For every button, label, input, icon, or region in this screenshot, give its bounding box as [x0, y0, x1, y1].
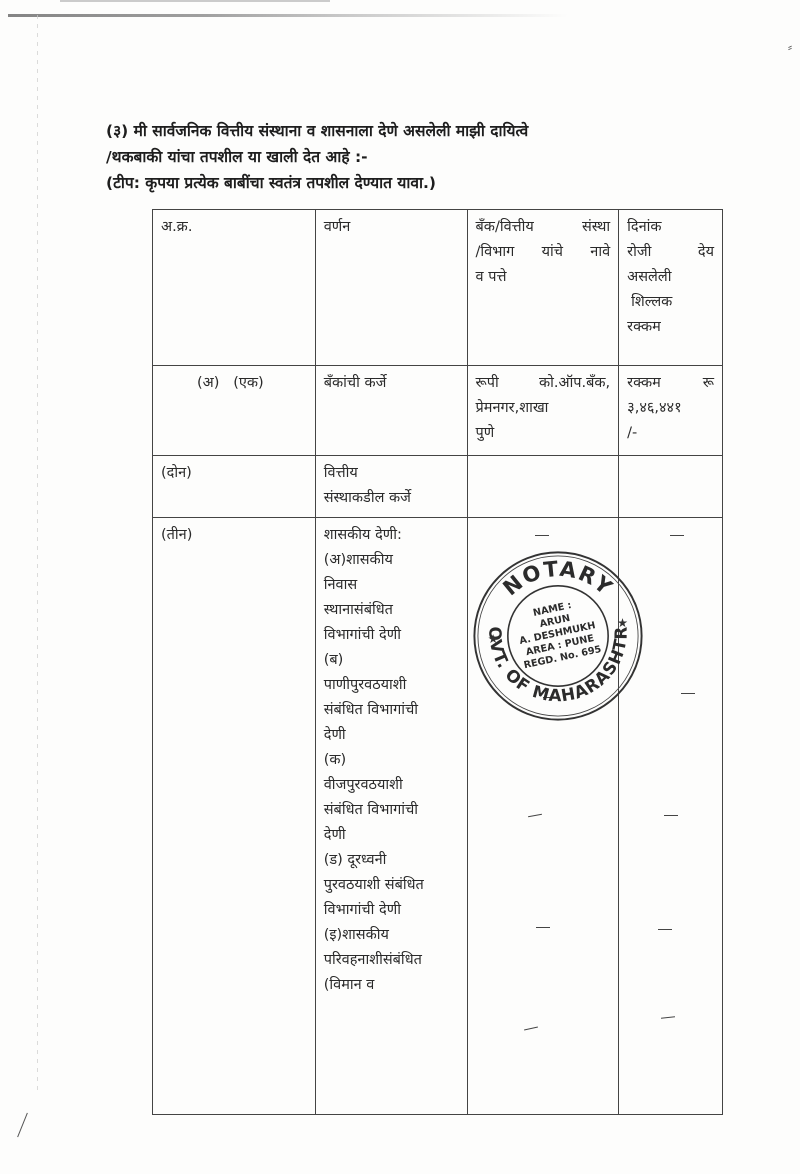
- table-row: (दोन) वित्तीय संस्थाकडील कर्जे: [153, 456, 723, 518]
- row-institution: रूपी को.ऑप.बँक, प्रेमनगर,शाखा पुणे: [467, 366, 619, 456]
- nil-mark: [681, 693, 695, 694]
- header-balance-line: रक्कम: [627, 315, 714, 340]
- row-institution: [467, 456, 619, 518]
- row-serial: (दोन): [153, 456, 316, 518]
- header-institution-line: बँक/वित्तीय संस्था: [476, 215, 611, 240]
- header-balance-line: दिनांक: [627, 215, 714, 240]
- nil-mark: [658, 929, 672, 930]
- description-line: परिवहनाशीसंबंधित: [324, 948, 459, 973]
- header-balance: दिनांक रोजी देय असलेली शिल्लक रक्कम: [619, 210, 723, 366]
- description-line: (इ)शासकीय: [324, 923, 459, 948]
- nil-mark: [535, 535, 549, 536]
- header-institution-line: व पत्ते: [476, 265, 611, 290]
- row-serial: (अ) (एक): [153, 366, 316, 456]
- nil-mark: [536, 927, 550, 928]
- description-line: पाणीपुरवठयाशी: [324, 673, 459, 698]
- scan-artifact-edge: [8, 14, 568, 17]
- header-institution: बँक/वित्तीय संस्था /विभाग यांचे नावे व प…: [467, 210, 619, 366]
- row-balance: [619, 456, 723, 518]
- description-line: संबंधित विभागांची: [324, 798, 459, 823]
- description-line: (विमान व: [324, 973, 459, 998]
- table-row: (तीन) शासकीय देणी:(अ)शासकीयनिवासस्थानासं…: [153, 518, 723, 1115]
- description-line: शासकीय देणी:: [324, 523, 459, 548]
- row-description: वित्तीय संस्थाकडील कर्जे: [315, 456, 467, 518]
- description-line: स्थानासंबंधित: [324, 598, 459, 623]
- scan-artifact-margin: [37, 15, 38, 1095]
- heading-note: (टीप: कृपया प्रत्येक बाबींचा स्वतंत्र तप…: [106, 170, 726, 196]
- row-institution: [467, 518, 619, 1115]
- scan-artifact-top: [60, 0, 330, 2]
- row-balance: रक्कम रू ३,४६,४४१ /-: [619, 366, 723, 456]
- header-serial: अ.क्र.: [153, 210, 316, 366]
- header-balance-line: असलेली: [627, 265, 714, 290]
- description-line: संबंधित विभागांची: [324, 698, 459, 723]
- description-line: (ड) दूरध्वनी: [324, 848, 459, 873]
- heading-line-2: /थकबाकी यांचा तपशील या खाली देत आहे :-: [106, 144, 726, 170]
- description-line: (अ)शासकीय: [324, 548, 459, 573]
- description-line: विभागांची देणी: [324, 623, 459, 648]
- description-line: (क): [324, 748, 459, 773]
- description-line: विभागांची देणी: [324, 898, 459, 923]
- nil-mark: [670, 535, 684, 536]
- table-row: (अ) (एक) बँकांची कर्जे रूपी को.ऑप.बँक, प…: [153, 366, 723, 456]
- description-line: देणी: [324, 723, 459, 748]
- nil-mark: [543, 697, 557, 698]
- description-line: पुरवठयाशी संबंधित: [324, 873, 459, 898]
- liabilities-table: अ.क्र. वर्णन बँक/वित्तीय संस्था /विभाग य…: [152, 209, 723, 1115]
- header-balance-line: शिल्लक: [627, 290, 714, 315]
- row-description: शासकीय देणी:(अ)शासकीयनिवासस्थानासंबंधितव…: [315, 518, 467, 1115]
- header-balance-line: रोजी देय: [627, 240, 714, 265]
- header-description: वर्णन: [315, 210, 467, 366]
- scan-artifact-mark: ⸗: [788, 40, 792, 54]
- description-line: (ब): [324, 648, 459, 673]
- row-serial: (तीन): [153, 518, 316, 1115]
- description-line: निवास: [324, 573, 459, 598]
- row-balance: [619, 518, 723, 1115]
- section-heading: (३) मी सार्वजनिक वित्तीय संस्थाना व शासन…: [106, 118, 726, 196]
- table-header-row: अ.क्र. वर्णन बँक/वित्तीय संस्था /विभाग य…: [153, 210, 723, 366]
- scan-artifact-slash: [17, 1113, 28, 1137]
- heading-line-1: (३) मी सार्वजनिक वित्तीय संस्थाना व शासन…: [106, 118, 726, 144]
- nil-mark: [664, 815, 678, 816]
- description-line: देणी: [324, 823, 459, 848]
- header-institution-line: /विभाग यांचे नावे: [476, 240, 611, 265]
- row-description: बँकांची कर्जे: [315, 366, 467, 456]
- description-line: वीजपुरवठयाशी: [324, 773, 459, 798]
